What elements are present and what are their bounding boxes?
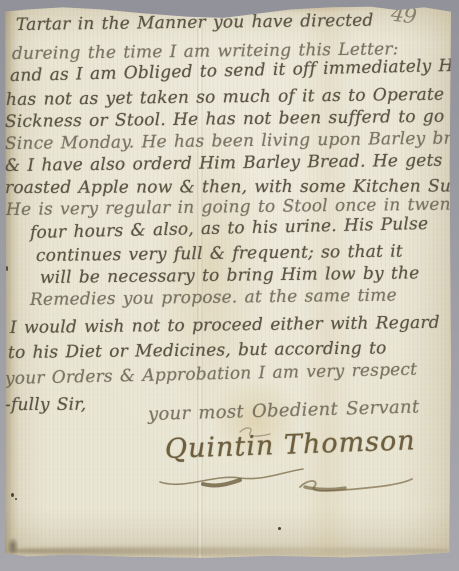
ink-speck [15,498,17,500]
page-number-annotation: 49 [390,2,417,29]
ink-speck [6,266,8,271]
letter-line: to his Diet or Medicines, but according … [8,338,387,363]
letter-line: Remedies you propose. at the same time [30,286,397,310]
letter-paper: 49 Tartar in the Manner you have directe… [5,4,451,558]
letter-line: continues very full & frequent; so that … [36,242,403,266]
bottom-edge-smudge [9,547,449,555]
ink-speck [11,493,14,497]
letter-line: has not as yet taken so much of it as to… [6,84,459,110]
letter-line: I would wish not to proceed either with … [10,313,440,338]
letter-closing: your most Obedient Servant [148,396,420,425]
ink-speck [278,527,281,530]
letter-line: will be necessary to bring Him low by th… [40,263,420,288]
ink-smudge [7,537,19,555]
letter-line: Since Monday. He has been living upon Ba… [5,128,459,154]
letter-line: Tartar in the Manner you have directed [16,11,374,35]
letter-line: your Orders & Approbation I am very resp… [5,360,418,389]
letter-line: Sickness or Stool. He has not been suffe… [5,106,459,132]
scanned-letter-page: 49 Tartar in the Manner you have directe… [0,0,459,571]
letter-line: & I have also orderd Him Barley Bread. H… [5,150,459,176]
letter-line: -fully Sir, [5,395,86,415]
paper-left-edge-shadow [5,4,19,558]
